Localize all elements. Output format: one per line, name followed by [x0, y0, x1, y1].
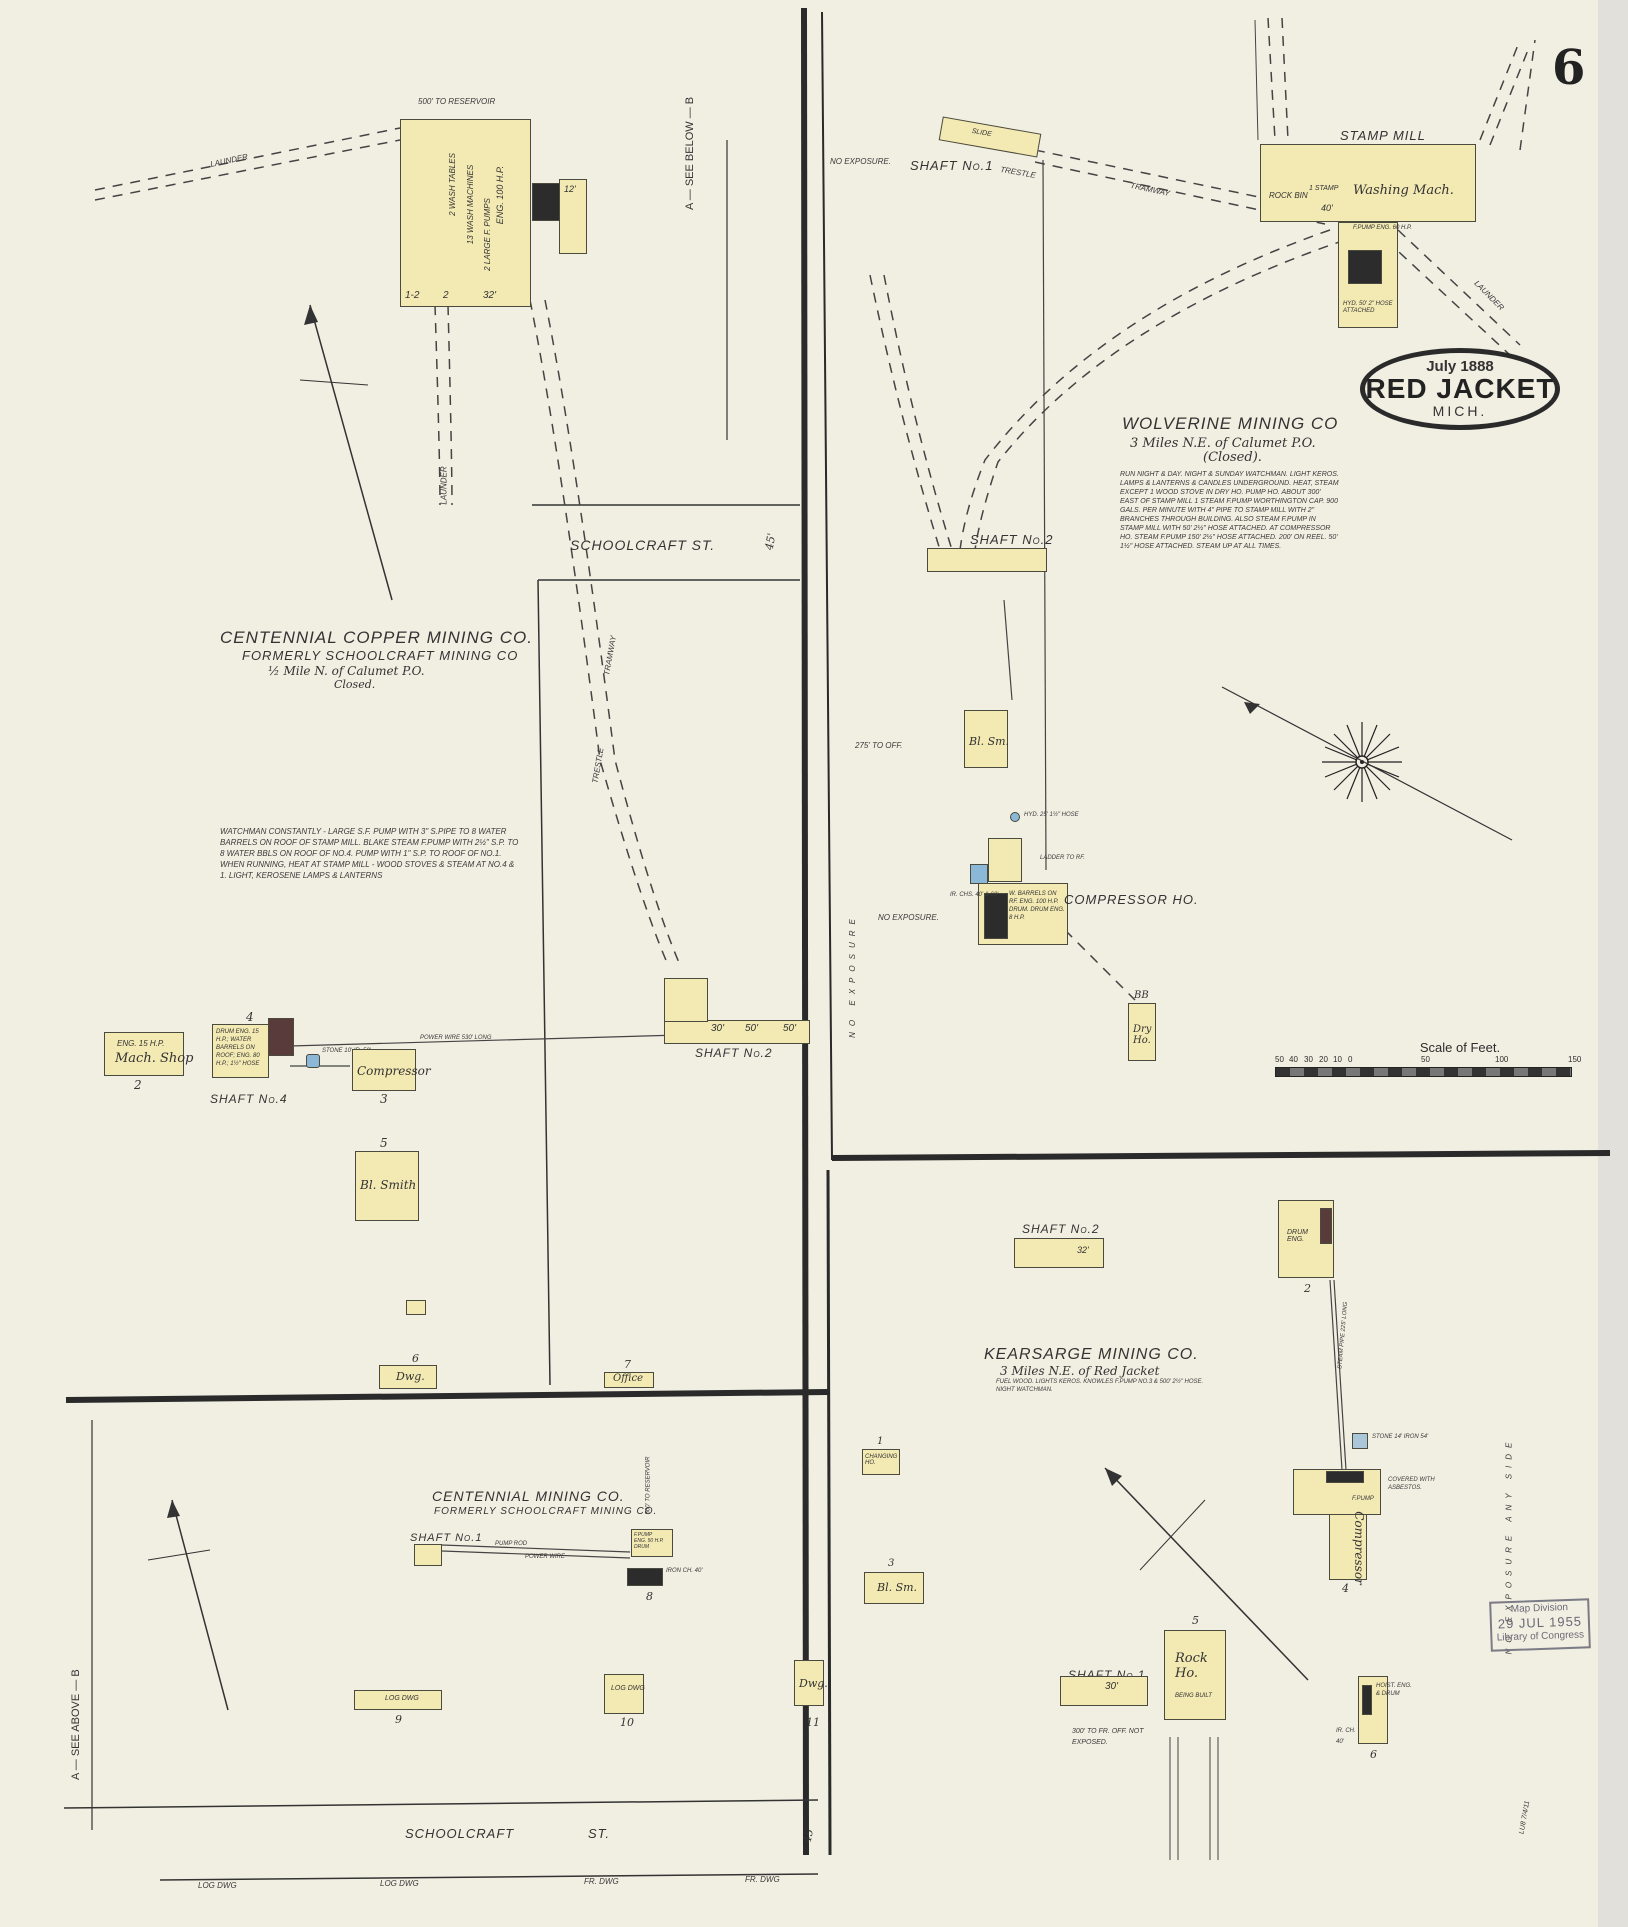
building-shaft-2-head	[664, 978, 708, 1022]
stack-label-wolverine: IR. CHS. 40' & 60'	[950, 890, 998, 901]
num-kearsarge-blacksmith: 3	[888, 1558, 894, 1569]
kearsarge-title: KEARSARGE MINING CO.	[984, 1346, 1199, 1364]
wolverine-title: WOLVERINE MINING CO	[1122, 414, 1338, 434]
power-wire-label: POWER WIRE 530' LONG	[420, 1033, 492, 1044]
centennial-mining-shaft-1-label: SHAFT No.1	[410, 1532, 482, 1544]
building-wolverine-stamp-mill: ROCK BIN 1 STAMP 40' Washing Mach.	[1260, 144, 1476, 222]
wolverine-no-exposure: NO EXPOSURE.	[830, 156, 891, 167]
building-kearsarge-shaft-2: 32'	[1014, 1238, 1104, 1268]
building-wolverine-shaft-2	[927, 548, 1047, 572]
title-cartouche: July 1888 RED JACKET MICH.	[1360, 348, 1560, 430]
building-kearsarge-compressor: Compressor	[1329, 1514, 1367, 1580]
see-below-label: A — SEE BELOW — B	[684, 97, 696, 210]
shaft-4-label: SHAFT No.4	[210, 1092, 288, 1106]
building-dwelling-6: Dwg.	[379, 1365, 437, 1389]
stack-icon	[306, 1054, 320, 1068]
stamp-line-3: Library of Congress	[1492, 1628, 1588, 1645]
sheet-number: 6	[1552, 40, 1585, 96]
building-wolverine-blacksmith: Bl. Sm.	[964, 710, 1008, 768]
num-changing-ho: 1	[877, 1436, 883, 1447]
power-wire-label-2: POWER WIRE	[525, 1552, 565, 1563]
building-kearsarge-blacksmith: Bl. Sm.	[864, 1572, 924, 1604]
library-stamp: Map Division 29 JUL 1955 Library of Cong…	[1489, 1598, 1591, 1651]
building-shaft-2-centennial: 30' 50' 50'	[664, 1020, 810, 1044]
kearsarge-shaft-2-label: SHAFT No.2	[1022, 1222, 1100, 1236]
hoist-boiler-icon	[1362, 1685, 1372, 1715]
building-log-dwg-9: LOG DWG	[354, 1690, 442, 1710]
shaft-1-note: 300' TO FR. OFF. NOT EXPOSED.	[1072, 1726, 1162, 1748]
num-mach-shop: 2	[134, 1078, 142, 1092]
num-9: 9	[395, 1713, 402, 1726]
building-dry-ho: Dry Ho.	[1128, 1003, 1156, 1061]
building-shaft-4: DRUM ENG. 15 H.P.; WATER BARRELS ON ROOF…	[212, 1024, 269, 1078]
num-11: 11	[806, 1716, 820, 1729]
bottom-label-3: FR. DWG	[584, 1876, 619, 1887]
building-kearsarge-shaft-1: 30'	[1060, 1676, 1148, 1706]
stone-iron-label: STONE 14' IRON 54'	[1372, 1432, 1428, 1443]
building-rock-ho: Rock Ho. BEING BUILT	[1164, 1630, 1226, 1720]
kearsarge-boiler-icon	[1326, 1471, 1364, 1483]
exposure-label: NO EXPOSURE	[847, 913, 858, 1038]
num-drum-eng: 2	[1304, 1282, 1311, 1295]
stack-icon-kearsarge	[1352, 1433, 1368, 1449]
num-office: 7	[624, 1358, 631, 1371]
building-mach-shop: ENG. 15 H.P. Mach. Shop	[104, 1032, 184, 1076]
boilers-icon	[1348, 250, 1382, 284]
scale-bar: Scale of Feet. 50 40 30 20 10 0 50 100 1…	[1275, 1040, 1605, 1077]
building-centennial-shaft-1	[414, 1544, 442, 1566]
street-schoolcraft-bottom-st: ST.	[588, 1826, 610, 1841]
num-10: 10	[620, 1716, 634, 1729]
boiler-shaft-4	[268, 1018, 294, 1056]
wolverine-shaft-1-label: SHAFT No.1	[910, 158, 993, 173]
kearsarge-location: 3 Miles N.E. of Red Jacket	[1000, 1364, 1159, 1378]
building-office: Office	[604, 1372, 654, 1388]
building-blacksmith: Bl. Smith	[355, 1151, 419, 1221]
pump-rod-label: PUMP ROD	[495, 1539, 527, 1550]
scale-title: Scale of Feet.	[1315, 1040, 1605, 1055]
wolverine-note: Run night & day. Night & Sunday watchman…	[1120, 470, 1340, 551]
compressor-ho-label: COMPRESSOR HO.	[1064, 892, 1199, 907]
water-tank-icon	[970, 864, 988, 884]
boiler-centennial-mining	[627, 1568, 663, 1586]
num-dwelling-6: 6	[412, 1352, 419, 1365]
centennial-mining-title: CENTENNIAL MINING CO.	[432, 1488, 625, 1504]
see-above-label: A — SEE ABOVE — B	[70, 1669, 82, 1780]
num-shaft-4: 4	[246, 1010, 254, 1024]
centennial-copper-status: Closed.	[334, 678, 375, 691]
stack-label: IRON CH. 40'	[666, 1566, 703, 1577]
f-pump-label: F.PUMP	[1352, 1494, 1374, 1505]
num-compressor-kearsarge: 4	[1342, 1582, 1349, 1595]
hydrant-icon	[1010, 812, 1020, 822]
wolverine-location: 3 Miles N.E. of Calumet P.O.	[1130, 436, 1316, 451]
building-engine-house: F.PUMP ENG. 50 H.P. DRUM	[631, 1529, 673, 1557]
num-compressor: 3	[380, 1092, 388, 1106]
kearsarge-note: Fuel wood. Lights keros. Knowles F.Pump …	[996, 1378, 1206, 1394]
wolverine-status: (Closed).	[1203, 450, 1262, 465]
centennial-copper-location: ½ Mile N. of Calumet P.O.	[268, 664, 425, 678]
hydrant-label: HYD. 25' 1½" HOSE	[1024, 810, 1079, 821]
building-stamp-mill-centennial: 2 WASH TABLES 13 WASH MACHINES 2 LARGE F…	[400, 119, 531, 307]
state-name: MICH.	[1365, 403, 1555, 419]
dry-ho-num: BB	[1134, 990, 1149, 1001]
wolverine-off-label: 275' TO OFF.	[855, 740, 902, 751]
street-schoolcraft-mid: SCHOOLCRAFT ST.	[570, 537, 715, 553]
num-blacksmith: 5	[380, 1136, 388, 1150]
bottom-label-2: LOG DWG	[380, 1878, 419, 1889]
centennial-copper-formerly: FORMERLY SCHOOLCRAFT MINING CO	[242, 648, 518, 663]
stamp-mill-label: STAMP MILL	[1340, 128, 1426, 143]
launder-label-2: LAUNDER	[439, 466, 450, 504]
hoist-stack-label: IR. CH. 40'	[1336, 1726, 1360, 1748]
city-name: RED JACKET	[1365, 375, 1555, 403]
ladder-label: LADDER TO RF.	[1040, 853, 1085, 864]
building-log-dwg-10: LOG DWG	[604, 1674, 644, 1714]
num-8: 8	[646, 1590, 653, 1603]
wolverine-no-exposure-2: NO EXPOSURE.	[878, 912, 939, 923]
small-shed	[406, 1300, 426, 1315]
compass-rose	[1222, 687, 1512, 840]
centennial-copper-note: Watchman constantly - Large S.F. Pump wi…	[220, 826, 520, 881]
building-compressor-centennial: Compressor	[352, 1049, 416, 1091]
scale-ticks: 50 40 30 20 10 0 50 100 150	[1275, 1055, 1605, 1067]
bottom-label-4: FR. DWG	[745, 1874, 780, 1885]
street-schoolcraft-bottom: SCHOOLCRAFT	[405, 1826, 514, 1841]
hoist-label: HOIST. ENG. & DRUM	[1376, 1682, 1416, 1698]
reservoir-label: 500' TO RESERVOIR	[418, 96, 495, 107]
asbestos-label: COVERED WITH ASBESTOS.	[1388, 1476, 1448, 1492]
reservoir-label-2: 500' TO RESERVOIR	[643, 1457, 654, 1515]
centennial-copper-title: CENTENNIAL COPPER MINING CO.	[220, 628, 533, 648]
building-boiler-house: 12'	[559, 179, 587, 254]
building-dwg-11: Dwg.	[794, 1660, 824, 1706]
centennial-mining-formerly: FORMERLY SCHOOLCRAFT MINING CO.	[434, 1506, 657, 1517]
bottom-label-1: LOG DWG	[198, 1880, 237, 1891]
drum-boiler-icon	[1320, 1208, 1332, 1244]
sanborn-map-sheet: July 1888 RED JACKET MICH. 6 CENTENNIAL …	[0, 0, 1628, 1927]
num-rock-ho: 5	[1192, 1614, 1199, 1627]
wolverine-shaft-2-label: SHAFT No.2	[970, 532, 1053, 547]
shaft-2-label: SHAFT No.2	[695, 1046, 773, 1060]
num-hoist: 6	[1370, 1748, 1377, 1761]
scale-bar-graphic	[1275, 1067, 1572, 1077]
building-changing-ho: CHANGING HO.	[862, 1449, 900, 1475]
building-compressor-annex	[988, 838, 1022, 882]
